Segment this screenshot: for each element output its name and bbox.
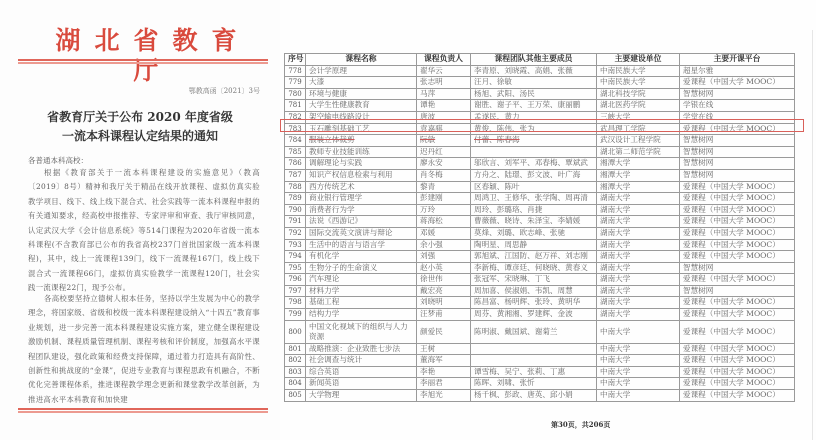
row-number: 793 (285, 239, 306, 251)
construction-unit: 湘潭大学 (597, 169, 680, 181)
notice-title: 省教育厅关于公布 2020 年度省级 一流本科课程认定结果的通知 (30, 108, 250, 146)
course-leader: 徐世伟 (417, 274, 471, 286)
row-number: 796 (285, 274, 306, 286)
row-number: 787 (285, 169, 306, 181)
team-members: 杨千枫、彭政、唐英、邱小娟 (471, 390, 597, 402)
course-platform: 智慧树网 (680, 158, 795, 170)
course-table: 序号 课程名称 课程负责人 课程团队其他主要成员 主要建设单位 主要开课平台 7… (284, 53, 795, 402)
construction-unit: 中南民族大学 (597, 77, 680, 89)
construction-unit: 湖南大学 (597, 251, 680, 263)
row-number: 782 (285, 111, 306, 123)
construction-unit: 中南大学 (597, 390, 680, 402)
course-name: 有机化学 (306, 251, 417, 263)
table-row: 802社会调查与统计董海军中南大学爱课程（中国大学 MOOC） (285, 355, 795, 367)
course-leader: 蒋海松 (417, 216, 471, 228)
table-row: 782架空输电线路设计唐波孟遂民、黄力三峡大学学堂在线 (285, 111, 795, 123)
course-name: 结构力学 (306, 309, 417, 321)
construction-unit: 中南民族大学 (597, 65, 680, 77)
course-name: 国际交流英文演讲与辩论 (306, 227, 417, 239)
row-number: 790 (285, 204, 306, 216)
course-table-page: 序号 课程名称 课程负责人 课程团队其他主要成员 主要建设单位 主要开课平台 7… (280, 0, 816, 440)
course-name: 大学物理 (306, 390, 417, 402)
team-members: 周芬、黄湘湘、罗建辉、金波 (471, 309, 597, 321)
row-number: 797 (285, 285, 306, 297)
table-row: 798基础工程刘晓明陈昌富、杨明辉、张玲、黄明华湖南大学爱课程（中国大学 MOO… (285, 297, 795, 309)
course-name: 法说《西游记》 (306, 216, 417, 228)
construction-unit: 中南大学 (597, 320, 680, 343)
red-divider-bottom (18, 408, 268, 410)
course-leader: 李丽君 (417, 378, 471, 390)
table-row: 779大漆张志明汪月、徐敏中南民族大学爱课程（中国大学 MOOC） (285, 77, 795, 89)
course-name: 基础工程 (306, 297, 417, 309)
construction-unit: 湖南大学 (597, 216, 680, 228)
course-leader: 颜爱民 (417, 320, 471, 343)
course-leader: 邓媛 (417, 227, 471, 239)
course-platform: 智慧树网 (680, 146, 795, 158)
course-leader: 唐波 (417, 111, 471, 123)
row-number: 805 (285, 390, 306, 402)
course-platform: 爱课程（中国大学 MOOC） (680, 216, 795, 228)
course-platform: 爱课程（中国大学 MOOC） (680, 309, 795, 321)
header-leader: 课程负责人 (417, 54, 471, 66)
team-members: 区春颖、陈叶 (471, 181, 597, 193)
team-members: 李青原、刘晓霞、高娟、张薇 (471, 65, 597, 77)
course-leader: 李艳 (417, 366, 471, 378)
course-name: 玉石雕刻基础工艺 (306, 123, 417, 135)
table-row: 781大学生性健康教育谭艳谢胜、谢子平、王万荣、康丽鹏湖北医药学院学银在线 (285, 100, 795, 112)
row-number: 798 (285, 297, 306, 309)
course-platform: 爱课程（中国大学 MOOC） (680, 366, 795, 378)
page-footer: 第30页，共206页 (551, 420, 610, 430)
team-members: 莫烽、刘璐、欧志峰、张驰 (471, 227, 597, 239)
course-name: 社会调查与统计 (306, 355, 417, 367)
header-no: 序号 (285, 54, 306, 66)
construction-unit: 湖南大学 (597, 297, 680, 309)
course-platform: 智慧树网 (680, 262, 795, 274)
construction-unit: 中南大学 (597, 343, 680, 355)
table-row: 795生物分子的生命演义赵小英李新梅、谭彦廷、何晓晓、黄春义湖南大学智慧树网 (285, 262, 795, 274)
row-number: 791 (285, 216, 306, 228)
red-divider-top (18, 59, 268, 61)
row-number: 802 (285, 355, 306, 367)
course-name: 中国文化视域下的组织与人力资源 (306, 320, 417, 343)
table-row: 785教师专业技能训练迟丹红湖北第二师范学院智慧树网 (285, 146, 795, 158)
course-name: 架空输电线路设计 (306, 111, 417, 123)
row-number: 786 (285, 158, 306, 170)
team-members (471, 355, 597, 367)
course-leader: 阮敏 (417, 135, 471, 147)
course-platform: 爱课程（中国大学 MOOC） (680, 123, 795, 135)
row-number: 788 (285, 181, 306, 193)
course-platform: 智慧树网 (680, 88, 795, 100)
course-name: 西方传统艺术 (306, 181, 417, 193)
course-name: 大学生性健康教育 (306, 100, 417, 112)
construction-unit: 湖南大学 (597, 193, 680, 205)
team-members: 陶明星、周思静 (471, 239, 597, 251)
construction-unit: 三峡大学 (597, 111, 680, 123)
notice-paragraph-2: 各高校要坚持立德树人根本任务，坚持以学生发展为中心的教学理念，将国家级、省级和校… (28, 292, 260, 410)
course-name: 会计学原理 (306, 65, 417, 77)
team-members: 张冠军、宋晓琳、丁飞 (471, 274, 597, 286)
team-members: 杨旭、武阳、汤民 (471, 88, 597, 100)
construction-unit: 湖北科技学院 (597, 88, 680, 100)
course-platform: 爱课程（中国大学 MOOC） (680, 343, 795, 355)
team-members: 方舟之、陆璟、彭文波、叶广海 (471, 169, 597, 181)
team-members: 陈昌富、杨明辉、张玲、黄明华 (471, 297, 597, 309)
construction-unit: 湖北第二师范学院 (597, 146, 680, 158)
course-leader: 万玲 (417, 204, 471, 216)
row-number: 804 (285, 378, 306, 390)
table-row: 791法说《西游记》蒋海松曹薇薇、晓诗、朱泽宝、李婧媛湖南大学爱课程（中国大学 … (285, 216, 795, 228)
team-members (471, 146, 597, 158)
course-leader: 戴宏亮 (417, 285, 471, 297)
header-team: 课程团队其他主要成员 (471, 54, 597, 66)
row-number: 803 (285, 366, 306, 378)
notice-title-line1: 省教育厅关于公布 2020 年度省级 (30, 108, 250, 127)
course-platform: 爱课程（中国大学 MOOC） (680, 204, 795, 216)
row-number: 799 (285, 309, 306, 321)
construction-unit: 武汉设计工程学院 (597, 135, 680, 147)
notice-title-line2: 一流本科课程认定结果的通知 (30, 127, 250, 146)
construction-unit: 武昌理工学院 (597, 123, 680, 135)
row-number: 784 (285, 135, 306, 147)
course-platform: 爱课程（中国大学 MOOC） (680, 274, 795, 286)
course-leader: 张志明 (417, 77, 471, 89)
team-members: 付蕾、陈春海 (471, 135, 597, 147)
construction-unit: 湖北医药学院 (597, 100, 680, 112)
team-members: 陈明淑、戴国斌、谢菊兰 (471, 320, 597, 343)
table-row: 801战略推演：企业致胜七步法王树中南大学爱课程（中国大学 MOOC） (285, 343, 795, 355)
course-leader: 谭艳 (417, 100, 471, 112)
header-platform: 主要开课平台 (680, 54, 795, 66)
row-number: 783 (285, 123, 306, 135)
course-platform: 智慧树网 (680, 285, 795, 297)
course-platform: 爱课程（中国大学 MOOC） (680, 193, 795, 205)
course-leader: 赵小英 (417, 262, 471, 274)
course-leader: 黎青 (417, 181, 471, 193)
table-row: 780环境与健康马萍杨旭、武阳、汤民湖北科技学院智慧树网 (285, 88, 795, 100)
table-row: 788西方传统艺术黎青区春颖、陈叶湘潭大学爱课程（中国大学 MOOC） (285, 181, 795, 193)
course-platform: 爱课程（中国大学 MOOC） (680, 355, 795, 367)
table-row: 787知识产权信息检索与利用肖冬梅方舟之、陆璟、彭文波、叶广海湘潭大学智慧树网 (285, 169, 795, 181)
team-members: 郭旭斌、江国防、赵万祥、刘志刚 (471, 251, 597, 263)
team-members: 周加喜、侯淑娟、韦凯、周慧 (471, 285, 597, 297)
course-platform: 学银在线 (680, 100, 795, 112)
construction-unit: 湖南大学 (597, 285, 680, 297)
team-members: 孟遂民、黄力 (471, 111, 597, 123)
course-name: 生物分子的生命演义 (306, 262, 417, 274)
construction-unit: 湘潭大学 (597, 158, 680, 170)
course-platform: 爱课程（中国大学 MOOC） (680, 378, 795, 390)
course-platform: 超星尔雅 (680, 65, 795, 77)
course-name: 环境与健康 (306, 88, 417, 100)
course-platform: 爱课程（中国大学 MOOC） (680, 251, 795, 263)
course-platform: 爱课程（中国大学 MOOC） (680, 297, 795, 309)
construction-unit: 湖南大学 (597, 262, 680, 274)
table-row: 803综合英语李艳谭雪梅、吴宁、张莉、丁惠中南大学爱课程（中国大学 MOOC） (285, 366, 795, 378)
construction-unit: 湖南大学 (597, 239, 680, 251)
table-row: 786调解理论与实践廖永安邬欣言、刘军平、邓春梅、覃斌武湘潭大学智慧树网 (285, 158, 795, 170)
document-number: 鄂教高函〔2021〕3号 (175, 86, 260, 96)
row-number: 801 (285, 343, 306, 355)
row-number: 785 (285, 146, 306, 158)
course-platform: 爱课程（中国大学 MOOC） (680, 181, 795, 193)
team-members: 李新梅、谭彦廷、何晓晓、黄春义 (471, 262, 597, 274)
construction-unit: 湖南大学 (597, 227, 680, 239)
construction-unit: 中南大学 (597, 378, 680, 390)
course-name: 生活中的语言与语言学 (306, 239, 417, 251)
course-name: 消费者行为学 (306, 204, 417, 216)
construction-unit: 湖南大学 (597, 204, 680, 216)
table-row: 805大学物理李旭光杨千枫、彭政、唐英、邱小娟中南大学爱课程（中国大学 MOOC… (285, 390, 795, 402)
course-name: 战略推演：企业致胜七步法 (306, 343, 417, 355)
row-number: 795 (285, 262, 306, 274)
notice-paragraph-1: 根据《教育部关于一流本科课程建设的实施意见》（教高〔2019〕8号）精神和我厅关… (28, 166, 260, 296)
course-name: 综合英语 (306, 366, 417, 378)
course-name: 大漆 (306, 77, 417, 89)
table-row: 796汽车理论徐世伟张冠军、宋晓琳、丁飞湖南大学爱课程（中国大学 MOOC） (285, 274, 795, 286)
table-row: 784服装立体裁剪阮敏付蕾、陈春海武汉设计工程学院智慧树网 (285, 135, 795, 147)
course-name: 汽车理论 (306, 274, 417, 286)
header-unit: 主要建设单位 (597, 54, 680, 66)
course-leader: 马萍 (417, 88, 471, 100)
course-name: 调解理论与实践 (306, 158, 417, 170)
course-platform: 爱课程（中国大学 MOOC） (680, 320, 795, 343)
course-leader: 王树 (417, 343, 471, 355)
row-number: 800 (285, 320, 306, 343)
team-members: 谭雪梅、吴宁、张莉、丁惠 (471, 366, 597, 378)
course-platform: 学堂在线 (680, 111, 795, 123)
construction-unit: 湘潭大学 (597, 181, 680, 193)
course-leader: 彭建刚 (417, 193, 471, 205)
table-row: 799结构力学汪梦甫周芬、黄湘湘、罗建辉、金波湖南大学爱课程（中国大学 MOOC… (285, 309, 795, 321)
course-name: 材料力学 (306, 285, 417, 297)
row-number: 789 (285, 193, 306, 205)
course-name: 服装立体裁剪 (306, 135, 417, 147)
course-platform: 爱课程（中国大学 MOOC） (680, 239, 795, 251)
table-row: 804新闻英语李丽君陈晖、刘啸、张忻中南大学爱课程（中国大学 MOOC） (285, 378, 795, 390)
letterhead-title: 湖北省教育厅 (38, 26, 268, 86)
course-name: 新闻英语 (306, 378, 417, 390)
construction-unit: 湖南大学 (597, 274, 680, 286)
page-edge (812, 30, 813, 440)
table-row: 789商业银行管理学彭建刚周鸿卫、王修华、张学陶、周再清湖南大学爱课程（中国大学… (285, 193, 795, 205)
course-platform: 爱课程（中国大学 MOOC） (680, 77, 795, 89)
team-members: 汪月、徐敏 (471, 77, 597, 89)
table-row: 792国际交流英文演讲与辩论邓媛莫烽、刘璐、欧志峰、张驰湖南大学爱课程（中国大学… (285, 227, 795, 239)
course-leader: 刘晓明 (417, 297, 471, 309)
header-course-name: 课程名称 (306, 54, 417, 66)
table-row: 797材料力学戴宏亮周加喜、侯淑娟、韦凯、周慧湖南大学智慧树网 (285, 285, 795, 297)
course-leader: 余小强 (417, 239, 471, 251)
table-row: 800中国文化视域下的组织与人力资源颜爱民陈明淑、戴国斌、谢菊兰中南大学爱课程（… (285, 320, 795, 343)
course-name: 知识产权信息检索与利用 (306, 169, 417, 181)
course-name: 商业银行管理学 (306, 193, 417, 205)
course-leader: 肖冬梅 (417, 169, 471, 181)
course-leader: 迟丹红 (417, 146, 471, 158)
row-number: 794 (285, 251, 306, 263)
table-row: 783玉石雕刻基础工艺袁嘉骐黄俊、陈伟、张为武昌理工学院爱课程（中国大学 MOO… (285, 123, 795, 135)
course-leader: 翟华云 (417, 65, 471, 77)
team-members: 黄俊、陈伟、张为 (471, 123, 597, 135)
team-members (471, 343, 597, 355)
row-number: 781 (285, 100, 306, 112)
course-leader: 汪梦甫 (417, 309, 471, 321)
table-row: 793生活中的语言与语言学余小强陶明星、周思静湖南大学爱课程（中国大学 MOOC… (285, 239, 795, 251)
course-platform: 智慧树网 (680, 135, 795, 147)
course-leader: 李旭光 (417, 390, 471, 402)
course-platform: 爱课程（中国大学 MOOC） (680, 390, 795, 402)
table-header-row: 序号 课程名称 课程负责人 课程团队其他主要成员 主要建设单位 主要开课平台 (285, 54, 795, 66)
course-leader: 袁嘉骐 (417, 123, 471, 135)
team-members: 周鸿卫、王修华、张学陶、周再清 (471, 193, 597, 205)
course-name: 教师专业技能训练 (306, 146, 417, 158)
course-platform: 智慧树网 (680, 169, 795, 181)
table-row: 778会计学原理翟华云李青原、刘晓霞、高娟、张薇中南民族大学超星尔雅 (285, 65, 795, 77)
construction-unit: 中南大学 (597, 366, 680, 378)
team-members: 曹薇薇、晓诗、朱泽宝、李婧媛 (471, 216, 597, 228)
team-members: 邬欣言、刘军平、邓春梅、覃斌武 (471, 158, 597, 170)
course-leader: 董海军 (417, 355, 471, 367)
course-leader: 廖永安 (417, 158, 471, 170)
row-number: 779 (285, 77, 306, 89)
team-members: 谢胜、谢子平、王万荣、康丽鹏 (471, 100, 597, 112)
course-leader: 刘强 (417, 251, 471, 263)
row-number: 792 (285, 227, 306, 239)
row-number: 778 (285, 65, 306, 77)
salutation: 各普通本科高校： (28, 155, 88, 166)
course-platform: 爱课程（中国大学 MOOC） (680, 227, 795, 239)
team-members: 陈晖、刘啸、张忻 (471, 378, 597, 390)
notice-page: 湖北省教育厅 鄂教高函〔2021〕3号 省教育厅关于公布 2020 年度省级 一… (0, 0, 280, 440)
construction-unit: 中南大学 (597, 355, 680, 367)
table-row: 794有机化学刘强郭旭斌、江国防、赵万祥、刘志刚湖南大学爱课程（中国大学 MOO… (285, 251, 795, 263)
construction-unit: 湖南大学 (597, 309, 680, 321)
table-row: 790消费者行为学万玲周玲、彭璐珞、肖捷湖南大学爱课程（中国大学 MOOC） (285, 204, 795, 216)
row-number: 780 (285, 88, 306, 100)
team-members: 周玲、彭璐珞、肖捷 (471, 204, 597, 216)
